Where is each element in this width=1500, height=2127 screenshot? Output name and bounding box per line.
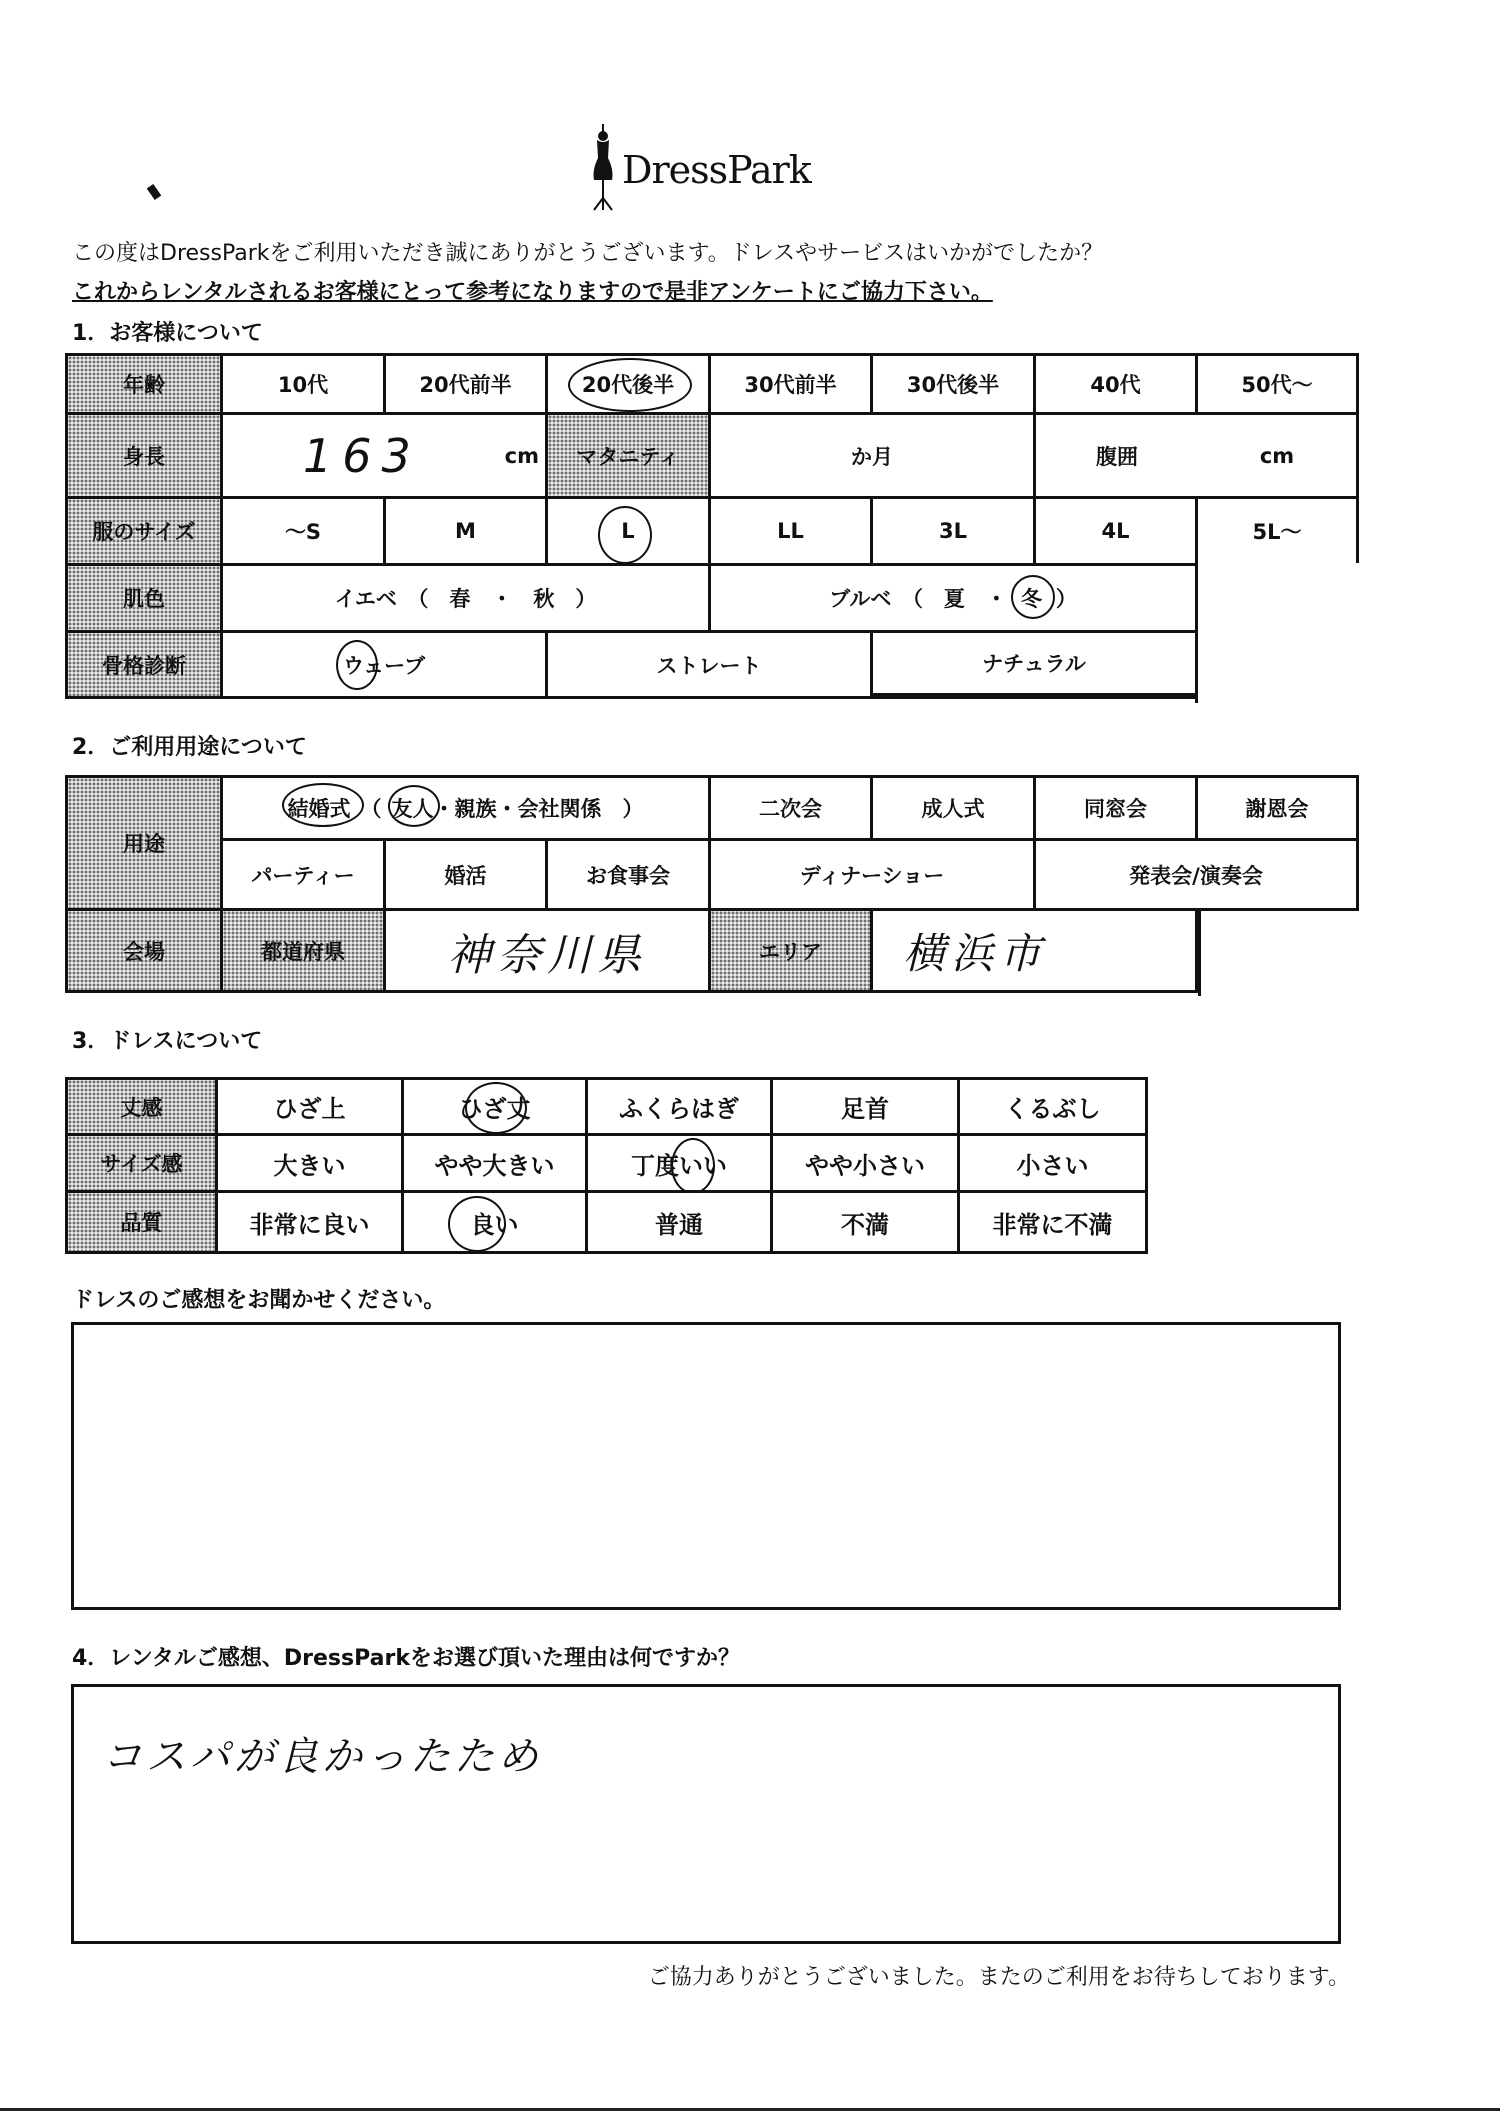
size-option-s[interactable]: ～S: [223, 499, 386, 566]
clothing-size-label: 服のサイズ: [68, 499, 223, 566]
section4-heading: 4．レンタルご感想、DressParkをお選び頂いた理由は何ですか？: [72, 1641, 740, 1672]
age-option-late-30s[interactable]: 30代後半: [873, 356, 1036, 415]
length-anklebone[interactable]: くるぶし: [960, 1080, 1145, 1136]
purpose-wedding[interactable]: 結婚式 （ 友人 ・親族・会社関係 ）: [223, 778, 711, 841]
body-type-label: 骨格診断: [68, 633, 223, 696]
age-label: 年齢: [68, 356, 223, 415]
quality-very-unsatisfied[interactable]: 非常に不満: [960, 1193, 1145, 1251]
size-option-5l-plus[interactable]: 5L～: [1198, 499, 1356, 566]
purpose-konkatsu[interactable]: 婚活: [386, 841, 548, 911]
length-ankle[interactable]: 足首: [773, 1080, 960, 1136]
prefecture-value: 神奈川県: [447, 919, 647, 983]
age-option-40s[interactable]: 40代: [1036, 356, 1198, 415]
dress-comment-prompt: ドレスのご感想をお聞かせください。: [72, 1283, 445, 1314]
body-type-straight[interactable]: ストレート: [548, 633, 873, 696]
size-option-m[interactable]: M: [386, 499, 548, 566]
table-outer-mask: [1198, 911, 1365, 996]
size-option-l[interactable]: L: [548, 499, 711, 566]
waist-unit: cm: [1260, 444, 1294, 468]
length-label: 丈感: [68, 1080, 218, 1136]
maternity-label: マタニティ: [548, 415, 711, 499]
corner: [1198, 989, 1201, 992]
area-value: 横浜市: [903, 921, 1047, 981]
age-option-early-30s[interactable]: 30代前半: [711, 356, 873, 415]
waist-field[interactable]: cm: [1198, 415, 1356, 499]
paren-open: （: [361, 793, 382, 823]
stray-mark: [147, 184, 162, 200]
height-label: 身長: [68, 415, 223, 499]
table-outer-mask: [1198, 563, 1362, 703]
customer-info-table: 年齢 10代 20代前半 20代後半 30代前半 30代後半 40代 50代～ …: [65, 353, 1359, 699]
age-option-50s-plus[interactable]: 50代～: [1198, 356, 1356, 415]
wedding-text[interactable]: 結婚式: [288, 793, 351, 823]
length-calf[interactable]: ふくらはぎ: [588, 1080, 773, 1136]
wedding-friend[interactable]: 友人: [392, 793, 434, 823]
dress-table: 丈感 ひざ上 ひざ丈 ふくらはぎ 足首 くるぶし サイズ感 大きい やや大きい …: [65, 1077, 1148, 1254]
reason-answer-text: コスパが良かったため: [102, 1725, 542, 1782]
wedding-label: 結婚式: [288, 797, 351, 821]
size-feel-just-right[interactable]: 丁度いい: [588, 1136, 773, 1193]
survey-request-text: これからレンタルされるお客様にとって参考になりますので是非アンケートにご協力下さ…: [72, 275, 993, 306]
months-unit: か月: [851, 441, 893, 471]
brand-logo-text: DressPark: [622, 148, 811, 192]
quality-good[interactable]: 良い: [404, 1193, 588, 1251]
purpose-recital[interactable]: 発表会/演奏会: [1036, 841, 1356, 911]
reason-answer-box[interactable]: コスパが良かったため: [71, 1684, 1341, 1944]
area-label: エリア: [711, 911, 873, 990]
age-option-early-20s[interactable]: 20代前半: [386, 356, 548, 415]
purpose-label: 用途: [68, 778, 223, 911]
maternity-months-field[interactable]: か月: [711, 415, 1036, 499]
wedding-rest: ・親族・会社関係 ）: [434, 793, 644, 823]
purpose-dinner-show[interactable]: ディナーショー: [711, 841, 1036, 911]
blue-base-suffix: ）: [1056, 583, 1077, 613]
prefecture-field[interactable]: 神奈川県: [386, 911, 711, 990]
purpose-party[interactable]: パーティー: [223, 841, 386, 911]
page-bottom-rule: [0, 2108, 1500, 2111]
mannequin-logo-icon: [588, 124, 618, 212]
intro-text: この度はDressParkをご利用いただき誠にありがとうございます。ドレスやサー…: [72, 236, 1103, 267]
quality-unsatisfied[interactable]: 不満: [773, 1193, 960, 1251]
footer-thanks: ご協力ありがとうございました。またのご利用をお待ちしております。: [648, 1960, 1350, 1991]
usage-table: 用途 結婚式 （ 友人 ・親族・会社関係 ） 二次会 成人式 同窓会 謝恩会 パ…: [65, 775, 1359, 993]
height-value: 163: [303, 429, 421, 483]
section2-heading: 2．ご利用用途について: [72, 730, 307, 761]
height-field[interactable]: 163 cm: [223, 415, 548, 499]
quality-average[interactable]: 普通: [588, 1193, 773, 1251]
quality-very-good[interactable]: 非常に良い: [218, 1193, 404, 1251]
size-feel-label: サイズ感: [68, 1136, 218, 1193]
height-unit: cm: [505, 444, 539, 468]
blue-base-winter[interactable]: 冬: [1021, 583, 1042, 613]
length-above-knee[interactable]: ひざ上: [218, 1080, 404, 1136]
blue-base-prefix: ブルベ （ 夏 ・: [829, 583, 1007, 613]
venue-label: 会場: [68, 911, 223, 990]
size-feel-slightly-small[interactable]: やや小さい: [773, 1136, 960, 1193]
section3-heading: 3．ドレスについて: [72, 1024, 262, 1055]
section1-heading: 1．お客様について: [72, 316, 263, 347]
dress-comment-box[interactable]: [71, 1322, 1341, 1610]
purpose-dinner[interactable]: お食事会: [548, 841, 711, 911]
age-option-late-20s[interactable]: 20代後半: [548, 356, 711, 415]
size-option-4l[interactable]: 4L: [1036, 499, 1198, 566]
size-feel-small[interactable]: 小さい: [960, 1136, 1145, 1193]
winter-text: 冬: [1021, 587, 1042, 611]
skin-blue-base-option[interactable]: ブルベ （ 夏 ・ 冬 ）: [711, 566, 1198, 633]
size-option-ll[interactable]: LL: [711, 499, 873, 566]
size-feel-large[interactable]: 大きい: [218, 1136, 404, 1193]
friend-label: 友人: [392, 797, 434, 821]
skin-yellow-base-option[interactable]: イエベ （ 春 ・ 秋 ）: [223, 566, 711, 633]
skin-color-label: 肌色: [68, 566, 223, 633]
prefecture-label: 都道府県: [223, 911, 386, 990]
waist-label: 腹囲: [1036, 415, 1198, 499]
age-option-10s[interactable]: 10代: [223, 356, 386, 415]
length-knee[interactable]: ひざ丈: [404, 1080, 588, 1136]
body-type-wave[interactable]: ウェーブ: [223, 633, 548, 696]
body-type-natural[interactable]: ナチュラル: [873, 633, 1198, 696]
purpose-thanks-party[interactable]: 謝恩会: [1198, 778, 1356, 841]
quality-label: 品質: [68, 1193, 218, 1251]
purpose-after-party[interactable]: 二次会: [711, 778, 873, 841]
purpose-coming-of-age[interactable]: 成人式: [873, 778, 1036, 841]
area-field[interactable]: 横浜市: [873, 911, 1198, 990]
size-option-3l[interactable]: 3L: [873, 499, 1036, 566]
size-feel-slightly-large[interactable]: やや大きい: [404, 1136, 588, 1193]
purpose-reunion[interactable]: 同窓会: [1036, 778, 1198, 841]
